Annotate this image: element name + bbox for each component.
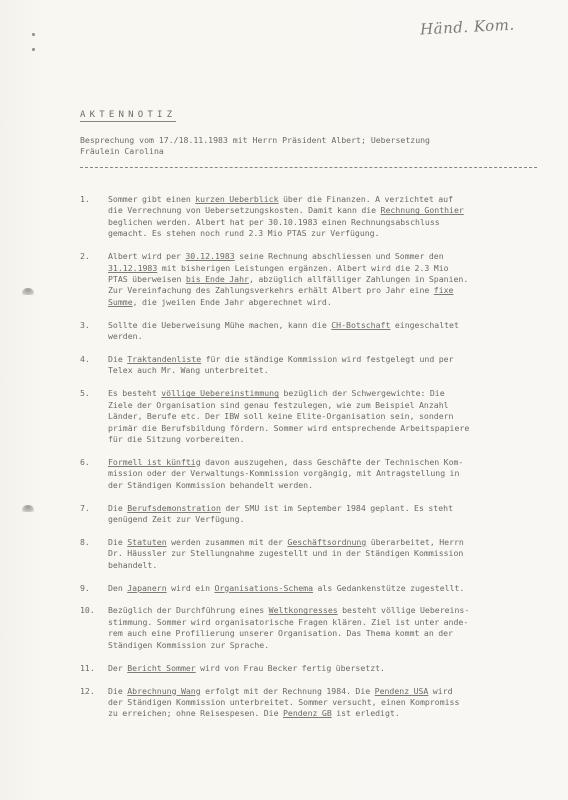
text-segment: wird von Frau Becker fertig übersetzt.: [196, 663, 385, 673]
list-item: 6.Formell ist künftig davon auszugehen, …: [80, 457, 550, 491]
item-text: Der Bericht Sommer wird von Frau Becker …: [108, 663, 550, 674]
item-text: Die Berufsdemonstration der SMU ist im S…: [108, 503, 550, 526]
item-number: 11.: [80, 663, 108, 674]
document-page: Händ. Kom. AKTENNOTIZ Besprechung vom 17…: [0, 0, 568, 800]
underlined-phrase: Statuten: [127, 537, 166, 547]
list-item: 4.Die Traktandenliste für die ständige K…: [80, 354, 550, 377]
text-segment: Die: [108, 503, 127, 513]
underlined-phrase: Rechnung Gonthier: [381, 205, 464, 215]
text-segment: ist erledigt.: [332, 708, 400, 718]
text-segment: Sollte die Ueberweisung Mühe machen, kan…: [108, 320, 331, 330]
margin-mark: [32, 33, 35, 36]
list-item: 12.Die Abrechnung Wang erfolgt mit der R…: [80, 686, 550, 720]
underlined-phrase: Bericht Sommer: [127, 663, 196, 673]
text-segment: werden zusammen mit der: [167, 537, 288, 547]
list-item: 2.Albert wird per 30.12.1983 seine Rechn…: [80, 251, 550, 308]
item-text: Albert wird per 30.12.1983 seine Rechnun…: [108, 251, 550, 308]
underlined-phrase: Formell ist künftig: [108, 457, 201, 467]
item-number: 4.: [80, 354, 108, 377]
underlined-phrase: Traktandenliste: [127, 354, 201, 364]
minutes-list: 1.Sommer gibt einen kurzen Ueberblick üb…: [80, 194, 550, 731]
item-number: 12.: [80, 686, 108, 720]
item-number: 8.: [80, 537, 108, 571]
list-item: 7.Die Berufsdemonstration der SMU ist im…: [80, 503, 550, 526]
item-text: Es besteht völlige Uebereinstimmung bezü…: [108, 388, 550, 445]
item-number: 7.: [80, 503, 108, 526]
underlined-phrase: Organisations-Schema: [214, 583, 313, 593]
punch-hole: [22, 288, 34, 295]
list-item: 3.Sollte die Ueberweisung Mühe machen, k…: [80, 320, 550, 343]
underlined-phrase: Pendenz GB: [283, 708, 332, 718]
item-text: Den Japanern wird ein Organisations-Sche…: [108, 583, 550, 594]
underlined-phrase: Weltkongresses: [269, 605, 338, 615]
underlined-phrase: CH-Botschaft: [331, 320, 390, 330]
text-segment: , die jweilen Ende Jahr abgerechnet wird…: [133, 297, 332, 307]
handwritten-note: Händ. Kom.: [420, 16, 515, 39]
item-text: Die Statuten werden zusammen mit der Ges…: [108, 537, 550, 571]
item-text: Bezüglich der Durchführung eines Weltkon…: [108, 605, 550, 651]
list-item: 8.Die Statuten werden zusammen mit der G…: [80, 537, 550, 571]
text-segment: als Gedankenstütze zugestellt.: [313, 583, 464, 593]
item-number: 1.: [80, 194, 108, 240]
item-number: 3.: [80, 320, 108, 343]
list-item: 11.Der Bericht Sommer wird von Frau Beck…: [80, 663, 550, 674]
text-segment: Die: [108, 686, 127, 696]
text-segment: erfolgt mit der Rechnung 1984. Die: [201, 686, 375, 696]
item-number: 10.: [80, 605, 108, 651]
text-segment: Die: [108, 537, 127, 547]
underlined-phrase: bis Ende Jahr: [186, 274, 249, 284]
underlined-phrase: 30.12.1983: [185, 251, 234, 261]
item-number: 5.: [80, 388, 108, 445]
item-number: 2.: [80, 251, 108, 308]
underlined-phrase: Japanern: [127, 583, 166, 593]
underlined-phrase: völlige Uebereinstimmung: [161, 388, 279, 398]
text-segment: Der: [108, 663, 127, 673]
item-text: Die Abrechnung Wang erfolgt mit der Rech…: [108, 686, 550, 720]
item-text: Sommer gibt einen kurzen Ueberblick über…: [108, 194, 550, 240]
underlined-phrase: Abrechnung Wang: [127, 686, 200, 696]
document-title: AKTENNOTIZ: [80, 110, 176, 122]
text-segment: Den: [108, 583, 127, 593]
text-segment: wird ein: [167, 583, 215, 593]
text-segment: Die: [108, 354, 127, 364]
text-segment: Sommer gibt einen: [108, 194, 195, 204]
underlined-phrase: Berufsdemonstration: [127, 503, 221, 513]
item-text: Formell ist künftig davon auszugehen, da…: [108, 457, 550, 491]
underlined-phrase: Geschäftsordnung: [287, 537, 366, 547]
item-number: 9.: [80, 583, 108, 594]
divider-line: [80, 167, 537, 168]
text-segment: Es besteht: [108, 388, 161, 398]
item-text: Sollte die Ueberweisung Mühe machen, kan…: [108, 320, 550, 343]
list-item: 5.Es besteht völlige Uebereinstimmung be…: [80, 388, 550, 445]
meeting-subject: Besprechung vom 17./18.11.1983 mit Herrn…: [80, 135, 540, 157]
item-number: 6.: [80, 457, 108, 491]
text-segment: Albert wird per: [108, 251, 185, 261]
underlined-phrase: 31.12.1983: [108, 263, 157, 273]
text-segment: seine Rechnung abschliessen und Sommer d…: [235, 251, 444, 261]
text-segment: beglichen werden. Albert hat per 30.10.1…: [108, 217, 440, 238]
underlined-phrase: kurzen Ueberblick: [195, 194, 278, 204]
list-item: 1.Sommer gibt einen kurzen Ueberblick üb…: [80, 194, 550, 240]
text-segment: Bezüglich der Durchführung eines: [108, 605, 269, 615]
underlined-phrase: Pendenz USA: [375, 686, 429, 696]
margin-mark: [32, 48, 35, 51]
punch-hole: [22, 505, 34, 512]
list-item: 10.Bezüglich der Durchführung eines Welt…: [80, 605, 550, 651]
list-item: 9.Den Japanern wird ein Organisations-Sc…: [80, 583, 550, 594]
item-text: Die Traktandenliste für die ständige Kom…: [108, 354, 550, 377]
